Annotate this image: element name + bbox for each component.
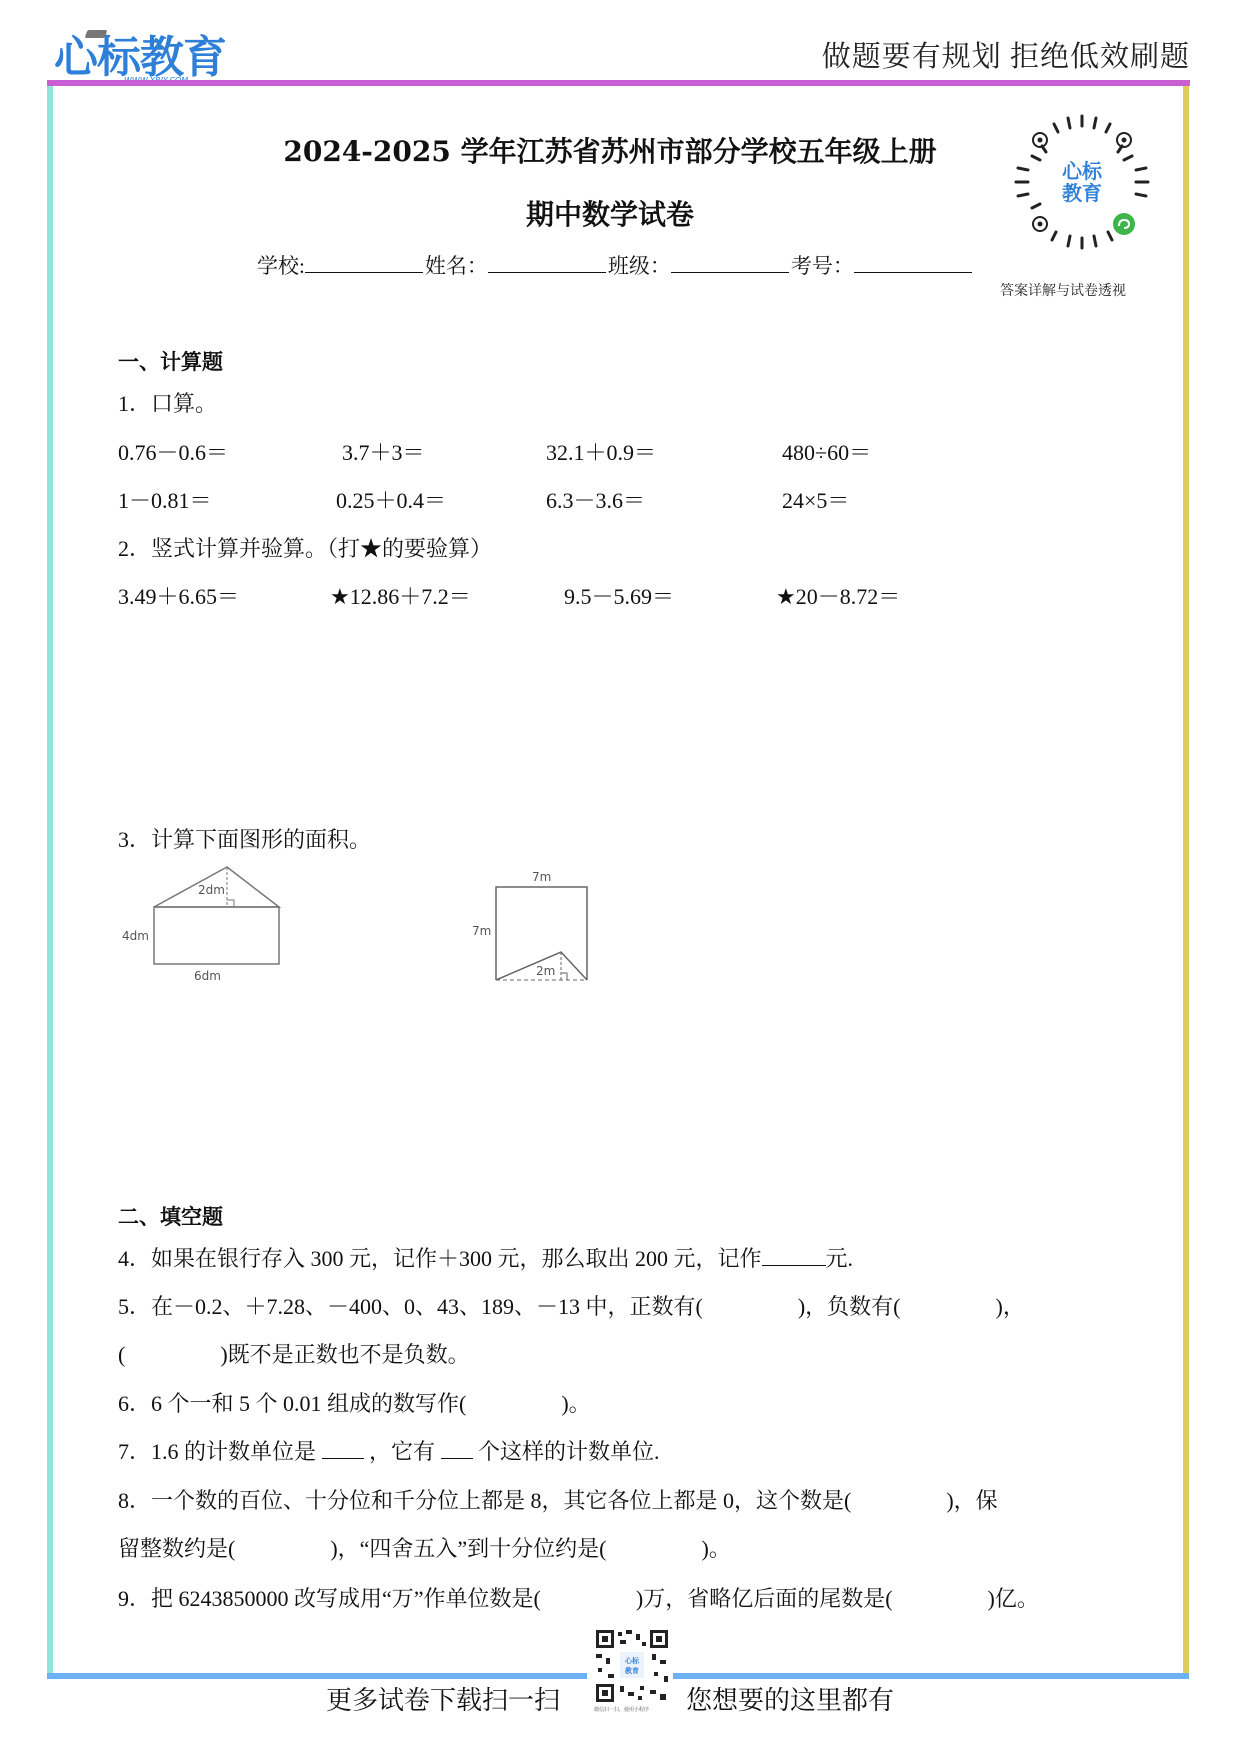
download-qr-code[interactable]: 心标 教育 <box>594 1628 670 1704</box>
svg-text:心标: 心标 <box>625 1656 640 1665</box>
question-7: 7．1.6 的计数单位是 ，它有 个这样的计数单位. <box>118 1435 660 1466</box>
svg-text:2m: 2m <box>536 964 555 978</box>
question-6: 6．6 个一和 5 个 0.01 组成的数写作()。 <box>118 1387 591 1418</box>
exam-no-field[interactable] <box>854 252 972 273</box>
answer-blank[interactable] <box>322 1440 364 1459</box>
question-8: 8．一个数的百位、十分位和千分位上都是 8，其它各位上都是 0，这个数是()，保 <box>118 1484 998 1515</box>
class-field[interactable] <box>671 252 789 273</box>
section-heading-calc: 一、计算题 <box>118 346 223 376</box>
svg-text:2dm: 2dm <box>198 883 225 897</box>
question-2: 2．竖式计算并验算。（打★的要验算） <box>118 532 492 563</box>
q1-expr: 1－0.81＝ <box>118 484 212 515</box>
footer-left-text: 更多试卷下载扫一扫 <box>326 1680 560 1717</box>
qr-center-text-1: 心标 <box>1062 159 1103 183</box>
school-label: 学校: <box>257 254 305 278</box>
svg-text:6dm: 6dm <box>194 969 221 983</box>
section-heading-fill: 二、填空题 <box>118 1201 223 1231</box>
header-slogan: 做题要有规划 拒绝低效刷题 <box>822 34 1190 75</box>
graduation-cap-icon <box>85 30 108 38</box>
q1-expr: 3.7＋3＝ <box>342 436 425 467</box>
figure-house-shape: 2dm 4dm 6dm <box>110 860 290 990</box>
name-field[interactable] <box>488 252 606 273</box>
q2-expr: ★12.86＋7.2＝ <box>330 580 471 611</box>
question-5-cont: ()既不是正数也不是负数。 <box>118 1338 470 1369</box>
question-1: 1．口算。 <box>118 387 217 418</box>
svg-text:4dm: 4dm <box>122 929 149 943</box>
figure-square-minus-triangle: 7m 7m 2m <box>460 855 600 995</box>
q1-expr: 6.3－3.6＝ <box>546 484 645 515</box>
frame-left-bar <box>47 86 53 1678</box>
student-info-row: 学校:姓名：班级：考号： <box>257 250 974 280</box>
frame-right-bar <box>1183 86 1189 1678</box>
question-4: 4．如果在银行存入 300 元，记作＋300 元，那么取出 200 元，记作元. <box>118 1242 853 1273</box>
miniprogram-qr-code[interactable]: 心标 教育 <box>1012 112 1152 252</box>
class-label: 班级： <box>608 254 671 278</box>
answer-blank[interactable] <box>441 1440 473 1459</box>
qr-center-text-2: 教育 <box>1062 181 1102 205</box>
miniprogram-icon <box>1113 213 1135 235</box>
q2-expr: 9.5－5.69＝ <box>564 580 674 611</box>
svg-text:7m: 7m <box>472 924 491 938</box>
q1-expr: 0.25＋0.4＝ <box>336 484 446 515</box>
footer-qr-caption: 微信扫一扫，使用小程序 <box>594 1706 649 1713</box>
footer-right-text: 您想要的这里都有 <box>686 1680 894 1717</box>
brand-logo: 心标教育 WWW.XBJY.COM <box>54 28 226 82</box>
question-5: 5．在－0.2、＋7.28、－400、0、43、189、－13 中，正数有()，… <box>118 1290 1025 1321</box>
q1-expr: 480÷60＝ <box>782 436 871 467</box>
svg-text:7m: 7m <box>532 870 551 884</box>
name-label: 姓名： <box>425 254 488 278</box>
q1-expr: 0.76－0.6＝ <box>118 436 228 467</box>
q1-expr: 24×5＝ <box>782 484 849 515</box>
q1-expr: 32.1＋0.9＝ <box>546 436 656 467</box>
svg-text:教育: 教育 <box>624 1666 639 1675</box>
q2-expr: ★20－8.72＝ <box>776 580 900 611</box>
answer-blank[interactable] <box>762 1247 826 1266</box>
question-3: 3．计算下面图形的面积。 <box>118 823 371 854</box>
question-9: 9．把 6243850000 改写成用“万”作单位数是()万，省略亿后面的尾数是… <box>118 1582 1039 1613</box>
question-8-cont: 留整数约是()，“四舍五入”到十分位约是()。 <box>118 1532 731 1563</box>
school-field[interactable] <box>305 252 423 273</box>
qr-caption: 答案详解与试卷透视 <box>1000 280 1126 300</box>
q2-expr: 3.49＋6.65＝ <box>118 580 239 611</box>
frame-top-bar <box>47 80 1190 86</box>
exam-no-label: 考号： <box>791 254 854 278</box>
frame-bottom-bar-right <box>673 1673 1189 1679</box>
frame-bottom-bar-left <box>47 1673 587 1679</box>
